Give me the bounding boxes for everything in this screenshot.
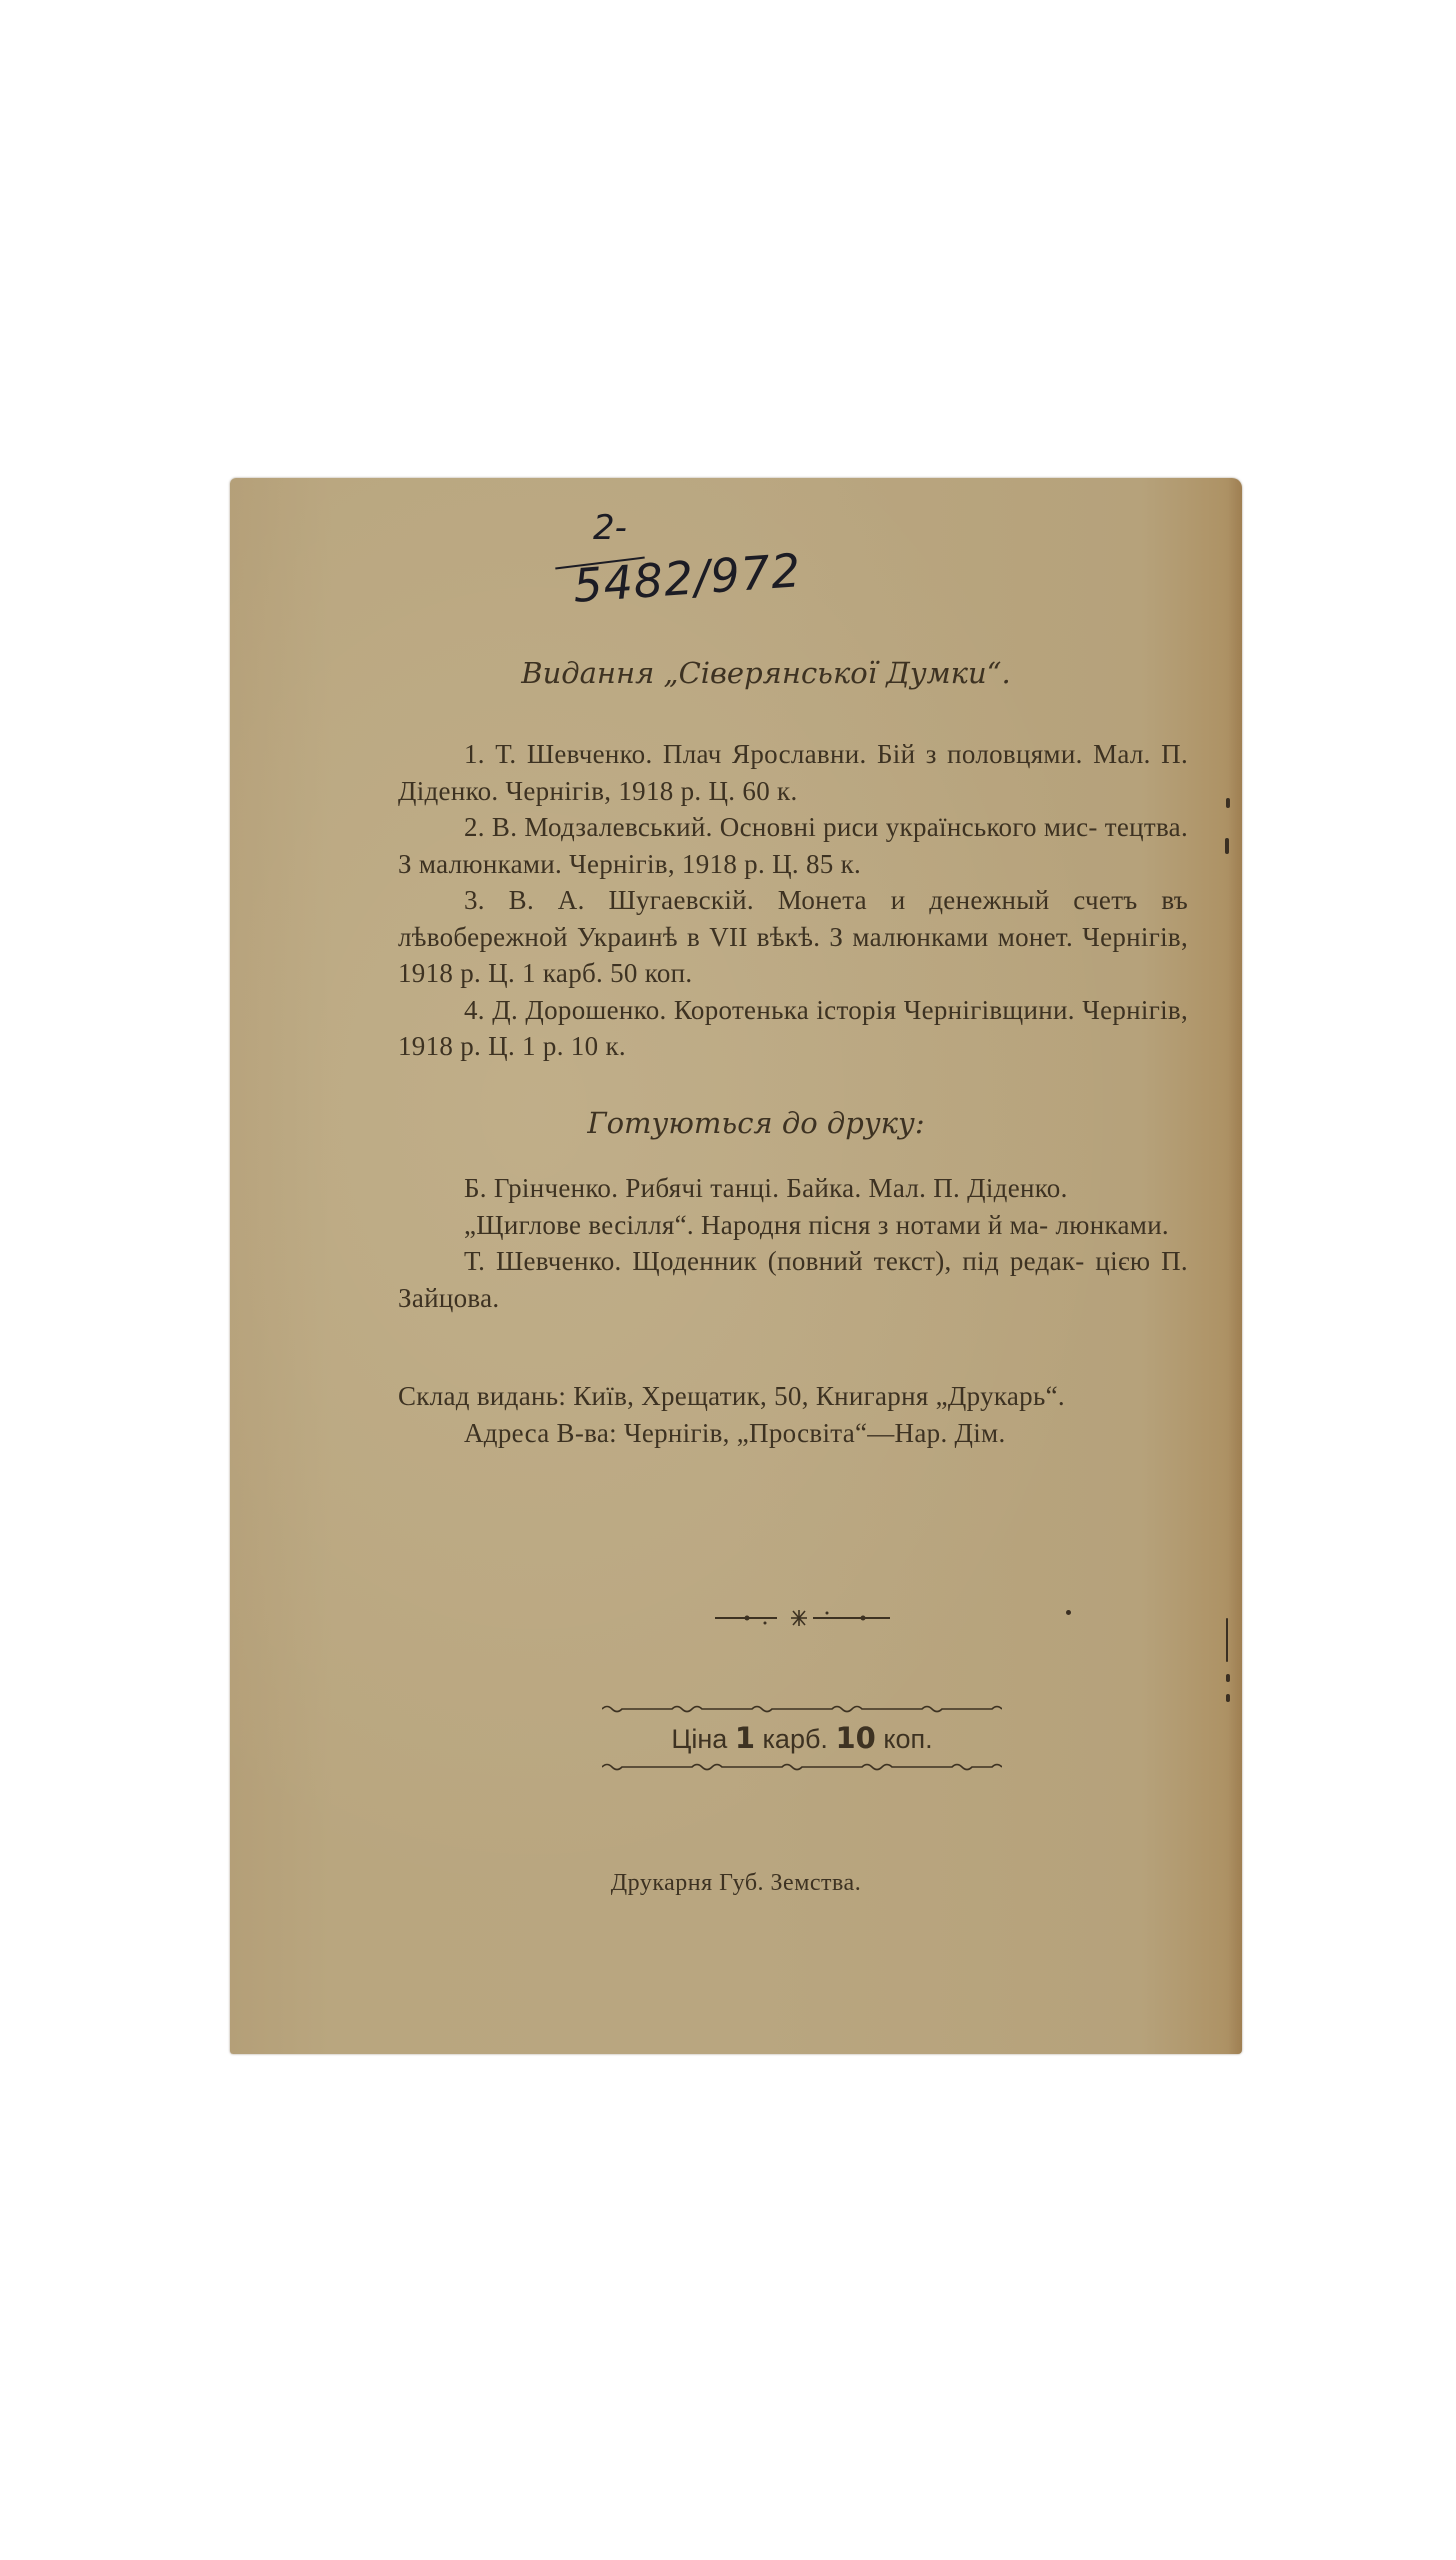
publications-list: 1. Т. Шевченко. Плач Ярославни. Бій з по… xyxy=(398,736,1188,1065)
publications-heading: Видання „Сіверянської Думки“. xyxy=(260,656,1272,690)
forthcoming-item: „Щиглове весілля“. Народня пісня з нотам… xyxy=(398,1207,1188,1244)
edge-ink-mark xyxy=(1225,838,1229,854)
forthcoming-list: Б. Грінченко. Рибячі танці. Байка. Мал. … xyxy=(398,1170,1188,1316)
ornament-divider-icon xyxy=(715,1608,890,1628)
edge-ink-mark xyxy=(1226,798,1230,808)
forthcoming-line: Т. Шевченко. Щоденник (повний текст), пі… xyxy=(464,1246,1085,1276)
edge-ink-mark xyxy=(1226,1674,1230,1682)
forthcoming-line: люнками. xyxy=(1056,1210,1169,1240)
handwritten-shelfmark: 2- 5482/972 xyxy=(515,508,815,618)
price-kopecks-unit: коп. xyxy=(883,1724,932,1754)
shelfmark-top: 2- xyxy=(593,508,627,548)
publication-line: 3. В. А. Шугаевскій. Монета и денежный с… xyxy=(464,885,1188,915)
forthcoming-item: Б. Грінченко. Рибячі танці. Байка. Мал. … xyxy=(398,1170,1188,1207)
publication-line: 4. Д. Дорошенко. Коротенька історія Черн… xyxy=(464,995,1075,1025)
publication-line: 2. В. Модзалевський. Основні риси україн… xyxy=(464,812,1098,842)
forthcoming-heading: Готуються до друку: xyxy=(250,1106,1262,1140)
publication-line: лѣвобережной Украинѣ в VII вѣкѣ. З малюн… xyxy=(398,922,1073,952)
price-rubles-unit: карб. xyxy=(763,1724,828,1754)
price-label: Ціна 1 карб. 10 коп. xyxy=(602,1721,1002,1755)
price-kopecks: 10 xyxy=(835,1721,875,1755)
document-page: 2- 5482/972 Видання „Сіверянської Думки“… xyxy=(230,478,1242,2054)
edge-ink-mark xyxy=(1226,1618,1228,1662)
address-block: Склад видань: Київ, Хрещатик, 50, Книгар… xyxy=(398,1378,1188,1451)
edge-ink-mark xyxy=(1226,1694,1230,1702)
forthcoming-item: Т. Шевченко. Щоденник (повний текст), пі… xyxy=(398,1243,1188,1316)
price-word: Ціна xyxy=(671,1724,727,1754)
price-rubles: 1 xyxy=(735,1721,755,1755)
warehouse-line: Склад видань: Київ, Хрещатик, 50, Книгар… xyxy=(398,1378,1188,1415)
shelfmark-bottom: 5482/972 xyxy=(571,542,803,614)
printer-imprint: Друкарня Губ. Земства. xyxy=(230,1870,1242,1897)
publication-item: 4. Д. Дорошенко. Коротенька історія Черн… xyxy=(398,992,1188,1065)
wavy-rule-bottom-icon xyxy=(602,1761,1002,1773)
publication-line: 1. Т. Шевченко. Плач Ярославни. Бій з по… xyxy=(464,739,1083,769)
wavy-rule-top-icon xyxy=(602,1703,1002,1715)
publication-item: 1. Т. Шевченко. Плач Ярославни. Бій з по… xyxy=(398,736,1188,809)
publication-item: 2. В. Модзалевський. Основні риси україн… xyxy=(398,809,1188,882)
paper-speck xyxy=(1066,1610,1071,1615)
forthcoming-line: „Щиглове весілля“. Народня пісня з нотам… xyxy=(464,1210,1048,1240)
forthcoming-line: Б. Грінченко. Рибячі танці. Байка. Мал. … xyxy=(464,1173,1068,1203)
publisher-address-line: Адреса В-ва: Чернігів, „Просвіта“—Нар. Д… xyxy=(398,1415,1188,1452)
publication-item: 3. В. А. Шугаевскій. Монета и денежный с… xyxy=(398,882,1188,992)
price-box: Ціна 1 карб. 10 коп. xyxy=(602,1703,1002,1773)
